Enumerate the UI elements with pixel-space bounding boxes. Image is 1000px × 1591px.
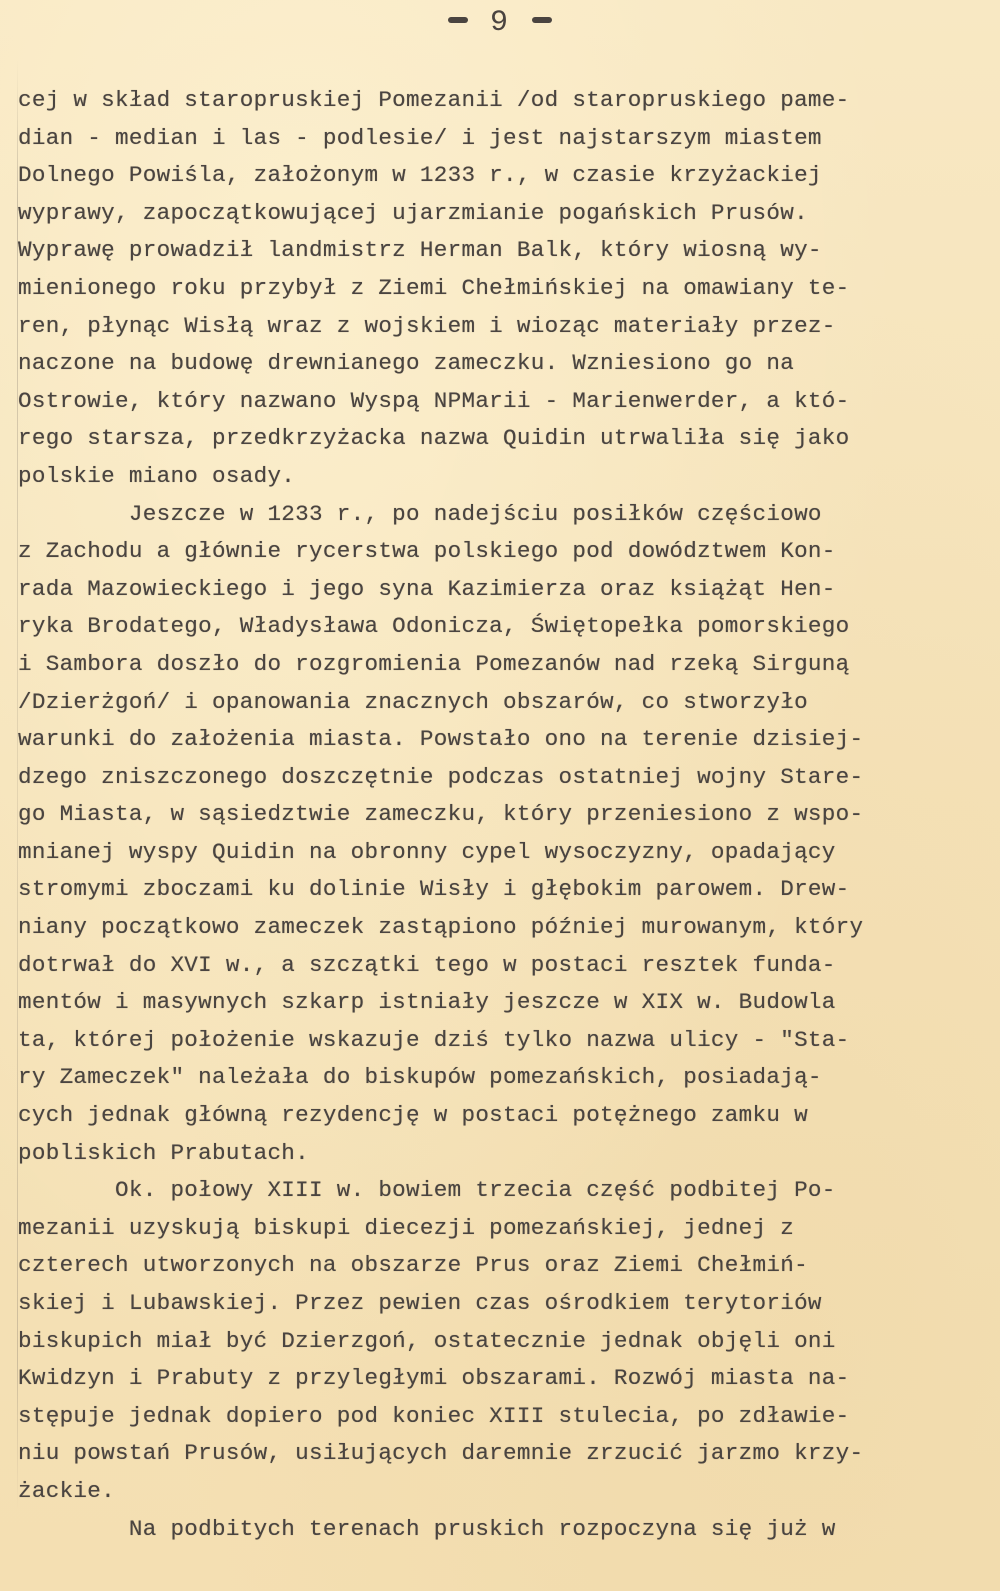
text-line: niu powstań Prusów, usiłujących daremnie… [18, 1435, 993, 1473]
text-line: Ok. połowy XIII w. bowiem trzecia część … [18, 1172, 993, 1210]
page-number-dash-right [532, 17, 552, 23]
text-line: naczone na budowę drewnianego zameczku. … [18, 345, 993, 383]
text-line: mentów i masywnych szkarp istniały jeszc… [18, 984, 993, 1022]
text-line: żackie. [18, 1473, 993, 1511]
text-line: ren, płynąc Wisłą wraz z wojskiem i wioz… [18, 308, 993, 346]
text-line: cej w skład staropruskiej Pomezanii /od … [18, 82, 993, 120]
page-number: 9 [490, 6, 510, 40]
text-line: Ostrowie, który nazwano Wyspą NPMarii - … [18, 383, 993, 421]
text-line: rego starsza, przedkrzyżacka nazwa Quidi… [18, 420, 993, 458]
text-line: biskupich miał być Dzierzgoń, ostateczni… [18, 1323, 993, 1361]
text-line: pobliskich Prabutach. [18, 1135, 993, 1173]
text-line: czterech utworzonych na obszarze Prus or… [18, 1247, 993, 1285]
text-line: ryka Brodatego, Władysława Odonicza, Świ… [18, 608, 993, 646]
text-line: dian - median i las - podlesie/ i jest n… [18, 120, 993, 158]
page-number-dash-left [448, 17, 468, 23]
text-line: Wyprawę prowadził landmistrz Herman Balk… [18, 232, 993, 270]
text-line: Dolnego Powiśla, założonym w 1233 r., w … [18, 157, 993, 195]
text-line: i Sambora doszło do rozgromienia Pomezan… [18, 646, 993, 684]
text-line: cych jednak główną rezydencję w postaci … [18, 1097, 993, 1135]
text-line: z Zachodu a głównie rycerstwa polskiego … [18, 533, 993, 571]
text-line: wyprawy, zapoczątkowującej ujarzmianie p… [18, 195, 993, 233]
typewritten-body: cej w skład staropruskiej Pomezanii /od … [18, 82, 993, 1548]
text-line: stromymi zboczami ku dolinie Wisły i głę… [18, 871, 993, 909]
text-line: Na podbitych terenach pruskich rozpoczyn… [18, 1511, 993, 1549]
text-line: ry Zameczek" należała do biskupów pomeza… [18, 1059, 993, 1097]
text-line: Jeszcze w 1233 r., po nadejściu posiłków… [18, 496, 993, 534]
text-line: warunki do założenia miasta. Powstało on… [18, 721, 993, 759]
text-line: ta, której położenie wskazuje dziś tylko… [18, 1022, 993, 1060]
text-line: Kwidzyn i Prabuty z przyległymi obszaram… [18, 1360, 993, 1398]
text-line: /Dzierżgoń/ i opanowania znacznych obsza… [18, 684, 993, 722]
text-line: mienionego roku przybył z Ziemi Chełmińs… [18, 270, 993, 308]
text-line: dzego zniszczonego doszczętnie podczas o… [18, 759, 993, 797]
page-number-header: 9 [0, 6, 1000, 40]
text-line: mezanii uzyskują biskupi diecezji pomeza… [18, 1210, 993, 1248]
text-line: mnianej wyspy Quidin na obronny cypel wy… [18, 834, 993, 872]
text-line: niany początkowo zameczek zastąpiono póź… [18, 909, 993, 947]
text-line: stępuje jednak dopiero pod koniec XIII s… [18, 1398, 993, 1436]
text-line: rada Mazowieckiego i jego syna Kazimierz… [18, 571, 993, 609]
text-line: skiej i Lubawskiej. Przez pewien czas oś… [18, 1285, 993, 1323]
text-line: dotrwał do XVI w., a szczątki tego w pos… [18, 947, 993, 985]
text-line: polskie miano osady. [18, 458, 993, 496]
text-line: go Miasta, w sąsiedztwie zameczku, który… [18, 796, 993, 834]
